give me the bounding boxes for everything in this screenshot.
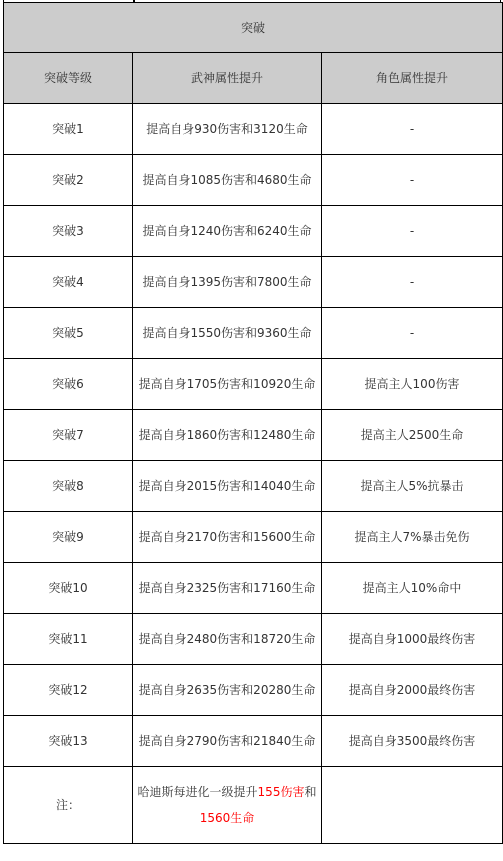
cell-character: - bbox=[322, 308, 503, 359]
table-row: 突破12 提高自身2635伤害和20280生命 提高自身2000最终伤害 bbox=[4, 665, 503, 716]
breakthrough-table: 突破 突破等级 武神属性提升 角色属性提升 突破1 提高自身930伤害和3120… bbox=[3, 2, 503, 844]
table-header-row: 突破等级 武神属性提升 角色属性提升 bbox=[4, 53, 503, 104]
note-label: 注： bbox=[4, 767, 133, 844]
cell-level: 突破1 bbox=[4, 104, 133, 155]
cell-level: 突破8 bbox=[4, 461, 133, 512]
header-character-attributes: 角色属性提升 bbox=[322, 53, 503, 104]
cell-character: 提高自身3500最终伤害 bbox=[322, 716, 503, 767]
table-row: 突破3 提高自身1240伤害和6240生命 - bbox=[4, 206, 503, 257]
cell-character: 提高自身2000最终伤害 bbox=[322, 665, 503, 716]
table-row: 突破11 提高自身2480伤害和18720生命 提高自身1000最终伤害 bbox=[4, 614, 503, 665]
cell-level: 突破2 bbox=[4, 155, 133, 206]
cell-weapon-god: 提高自身1705伤害和10920生命 bbox=[133, 359, 322, 410]
table-row: 突破4 提高自身1395伤害和7800生命 - bbox=[4, 257, 503, 308]
table-row: 突破5 提高自身1550伤害和9360生命 - bbox=[4, 308, 503, 359]
cell-level: 突破7 bbox=[4, 410, 133, 461]
table-row: 突破1 提高自身930伤害和3120生命 - bbox=[4, 104, 503, 155]
cell-level: 突破6 bbox=[4, 359, 133, 410]
cell-character: 提高主人100伤害 bbox=[322, 359, 503, 410]
cell-weapon-god: 提高自身1550伤害和9360生命 bbox=[133, 308, 322, 359]
cell-level: 突破10 bbox=[4, 563, 133, 614]
header-weapon-god-attributes: 武神属性提升 bbox=[133, 53, 322, 104]
note-text-part: 哈迪斯每进化一级提升 bbox=[138, 785, 258, 799]
table-row: 突破7 提高自身1860伤害和12480生命 提高主人2500生命 bbox=[4, 410, 503, 461]
cell-weapon-god: 提高自身1240伤害和6240生命 bbox=[133, 206, 322, 257]
table-row: 突破8 提高自身2015伤害和14040生命 提高主人5%抗暴击 bbox=[4, 461, 503, 512]
note-highlight-health: 1560生命 bbox=[200, 811, 255, 825]
table-row: 突破2 提高自身1085伤害和4680生命 - bbox=[4, 155, 503, 206]
cell-level: 突破9 bbox=[4, 512, 133, 563]
cell-character: 提高主人2500生命 bbox=[322, 410, 503, 461]
cell-level: 突破4 bbox=[4, 257, 133, 308]
cell-weapon-god: 提高自身930伤害和3120生命 bbox=[133, 104, 322, 155]
table-row: 突破6 提高自身1705伤害和10920生命 提高主人100伤害 bbox=[4, 359, 503, 410]
cell-weapon-god: 提高自身1860伤害和12480生命 bbox=[133, 410, 322, 461]
note-character-empty bbox=[322, 767, 503, 844]
cell-weapon-god: 提高自身2015伤害和14040生命 bbox=[133, 461, 322, 512]
cell-weapon-god: 提高自身2480伤害和18720生命 bbox=[133, 614, 322, 665]
cell-weapon-god: 提高自身1085伤害和4680生命 bbox=[133, 155, 322, 206]
cell-level: 突破11 bbox=[4, 614, 133, 665]
cell-level: 突破5 bbox=[4, 308, 133, 359]
cell-character: 提高主人5%抗暴击 bbox=[322, 461, 503, 512]
table-row: 突破13 提高自身2790伤害和21840生命 提高自身3500最终伤害 bbox=[4, 716, 503, 767]
cell-character: - bbox=[322, 257, 503, 308]
cell-weapon-god: 提高自身2635伤害和20280生命 bbox=[133, 665, 322, 716]
note-highlight-damage: 155伤害 bbox=[258, 785, 305, 799]
table-row: 突破9 提高自身2170伤害和15600生命 提高主人7%暴击免伤 bbox=[4, 512, 503, 563]
cell-weapon-god: 提高自身2790伤害和21840生命 bbox=[133, 716, 322, 767]
note-text: 哈迪斯每进化一级提升155伤害和1560生命 bbox=[133, 767, 322, 844]
cell-level: 突破12 bbox=[4, 665, 133, 716]
note-text-part: 和 bbox=[304, 785, 316, 799]
table-title: 突破 bbox=[4, 3, 503, 53]
cell-weapon-god: 提高自身2170伤害和15600生命 bbox=[133, 512, 322, 563]
cell-weapon-god: 提高自身2325伤害和17160生命 bbox=[133, 563, 322, 614]
header-breakthrough-level: 突破等级 bbox=[4, 53, 133, 104]
cell-character: 提高主人7%暴击免伤 bbox=[322, 512, 503, 563]
cell-character: - bbox=[322, 155, 503, 206]
cell-weapon-god: 提高自身1395伤害和7800生命 bbox=[133, 257, 322, 308]
cell-level: 突破13 bbox=[4, 716, 133, 767]
note-row: 注： 哈迪斯每进化一级提升155伤害和1560生命 bbox=[4, 767, 503, 844]
cell-character: 提高主人10%命中 bbox=[322, 563, 503, 614]
cell-character: - bbox=[322, 206, 503, 257]
table-row: 突破10 提高自身2325伤害和17160生命 提高主人10%命中 bbox=[4, 563, 503, 614]
cell-character: 提高自身1000最终伤害 bbox=[322, 614, 503, 665]
table-title-row: 突破 bbox=[4, 3, 503, 53]
cell-level: 突破3 bbox=[4, 206, 133, 257]
cell-character: - bbox=[322, 104, 503, 155]
